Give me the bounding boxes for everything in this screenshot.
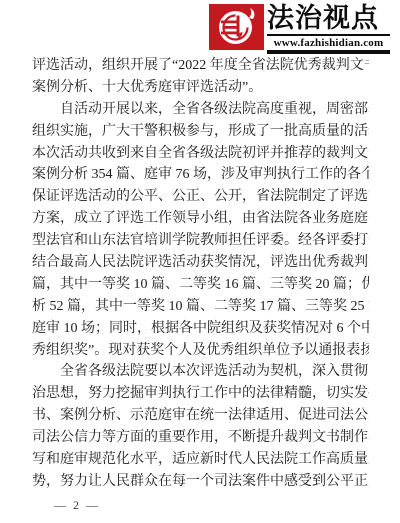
doc-line: 本次活动共收到来自全省各级法院初评并推荐的裁判文书 287 篇、 xyxy=(32,143,369,165)
document-body: 评选活动，组织开展了“2022 年度全省法院优秀裁判文书、优秀 案例分析、十大优… xyxy=(32,55,369,493)
doc-line: 自活动开展以来，全省各级法院高度重视，周密部署，认真 xyxy=(32,99,369,121)
brand-website: www.fazhishidian.com xyxy=(267,36,390,50)
brand-block: 法治视点 www.fazhishidian.com xyxy=(267,4,390,54)
doc-line: 析 52 篇，其中一等奖 10 篇、二等奖 17 篇、三等奖 25 篇；优秀 xyxy=(32,296,369,318)
brand-rule-bottom xyxy=(267,50,390,54)
doc-line: 案例分析 354 篇、庭审 76 场，涉及审判执行工作的各个领域。为 xyxy=(32,164,369,186)
doc-line: 案例分析、十大优秀庭审评选活动”。 xyxy=(32,77,369,99)
doc-line: 书、案例分析、示范庭审在统一法律适用、促进司法公正、提升 xyxy=(32,405,369,427)
doc-line: 写和庭审规范化水平，适应新时代人民法院工作高质量发展新形 xyxy=(32,449,369,471)
doc-line: 秀组织奖”。现对获奖个人及优秀组织单位予以通报表扬。 xyxy=(32,340,369,362)
doc-line: 保证评选活动的公平、公正、公开，省法院制定了评选活动工作 xyxy=(32,186,369,208)
doc-line: 治思想，努力挖掘审判执行工作中的法律精髓，切实发挥裁判文 xyxy=(32,383,369,405)
document-page: 法治视点 www.fazhishidian.com 评选活动，组织开展了“202… xyxy=(0,0,400,523)
doc-line: 评选活动，组织开展了“2022 年度全省法院优秀裁判文书、优秀 xyxy=(32,55,369,77)
doc-line: 篇，其中一等奖 10 篇、二等奖 16 篇、三等奖 20 篇；优秀案例分 xyxy=(32,274,369,296)
doc-line: 庭审 10 场；同时，根据各中院组织及获奖情况对 6 个中院授予“优 xyxy=(32,318,369,340)
doc-line: 组织实施，广大干警积极参与，形成了一批高质量的活动成果。 xyxy=(32,121,369,143)
doc-line: 司法公信力等方面的重要作用，不断提升裁判文书制作、案例编 xyxy=(32,427,369,449)
masthead: 法治视点 www.fazhishidian.com xyxy=(209,4,390,54)
doc-line: 方案，成立了评选工作领导小组，由省法院各业务庭庭长、专家 xyxy=(32,208,369,230)
fazhishidian-logo-icon xyxy=(209,4,264,50)
doc-line: 型法官和山东法官培训学院教师担任评委。经各评委打分评选， xyxy=(32,230,369,252)
doc-line: 势，努力让人民群众在每一个司法案件中感受到公平正义。 xyxy=(32,471,369,493)
brand-title: 法治视点 xyxy=(267,4,390,33)
doc-line: 结合最高人民法院评选活动获奖情况，评选出优秀裁判文书 46 xyxy=(32,252,369,274)
page-number: — 2 — xyxy=(54,498,100,513)
doc-line: 全省各级法院要以本次评选活动为契机，深入贯彻习近平法 xyxy=(32,361,369,383)
